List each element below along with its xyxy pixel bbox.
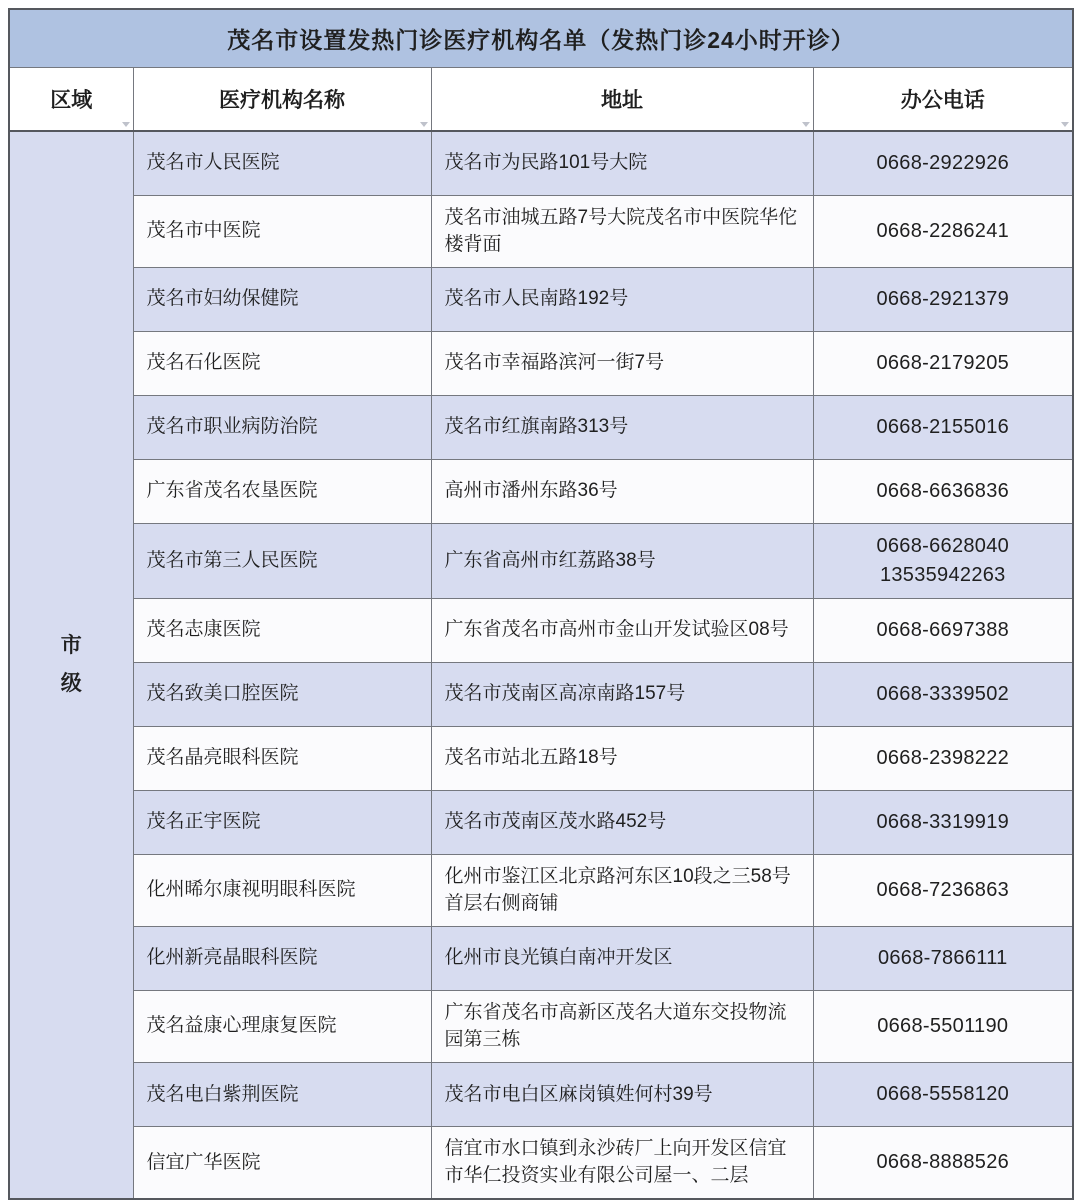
name-cell: 广东省茂名农垦医院 (133, 459, 431, 523)
region-label: 市级 (59, 627, 83, 703)
name-cell: 化州晞尔康视明眼科医院 (133, 854, 431, 926)
column-header-row: 区域 医疗机构名称 地址 办公电话 (9, 67, 1073, 131)
address-cell: 茂名市油城五路7号大院茂名市中医院华佗楼背面 (431, 195, 813, 267)
table-row: 茂名益康心理康复医院广东省茂名市高新区茂名大道东交投物流园第三栋0668-550… (9, 990, 1073, 1062)
table-row: 茂名市第三人民医院广东省高州市红荔路38号0668-6628040 135359… (9, 523, 1073, 598)
address-cell: 广东省高州市红荔路38号 (431, 523, 813, 598)
phone-cell: 0668-2921379 (813, 267, 1073, 331)
name-cell: 化州新亮晶眼科医院 (133, 926, 431, 990)
name-cell: 茂名石化医院 (133, 331, 431, 395)
phone-cell: 0668-6628040 13535942263 (813, 523, 1073, 598)
name-cell: 茂名市中医院 (133, 195, 431, 267)
table-row: 茂名电白紫荆医院茂名市电白区麻岗镇姓何村39号0668-5558120 (9, 1062, 1073, 1126)
phone-cell: 0668-6697388 (813, 598, 1073, 662)
col-header-address: 地址 (431, 67, 813, 131)
table-row: 茂名正宇医院茂名市茂南区茂水路452号0668-3319919 (9, 790, 1073, 854)
name-cell: 茂名市第三人民医院 (133, 523, 431, 598)
phone-cell: 0668-7236863 (813, 854, 1073, 926)
name-cell: 茂名市妇幼保健院 (133, 267, 431, 331)
address-cell: 广东省茂名市高新区茂名大道东交投物流园第三栋 (431, 990, 813, 1062)
address-cell: 广东省茂名市高州市金山开发试验区08号 (431, 598, 813, 662)
name-cell: 茂名市人民医院 (133, 131, 431, 195)
phone-cell: 0668-5558120 (813, 1062, 1073, 1126)
table-title: 茂名市设置发热门诊医疗机构名单（发热门诊24小时开诊） (9, 9, 1073, 67)
address-cell: 茂名市人民南路192号 (431, 267, 813, 331)
filter-mark-icon (1061, 122, 1069, 127)
address-cell: 信宜市水口镇到永沙砖厂上向开发区信宜市华仁投资实业有限公司屋一、二层 (431, 1126, 813, 1199)
table-row: 茂名志康医院广东省茂名市高州市金山开发试验区08号0668-6697388 (9, 598, 1073, 662)
name-cell: 茂名市职业病防治院 (133, 395, 431, 459)
name-cell: 信宜广华医院 (133, 1126, 431, 1199)
table-row: 化州晞尔康视明眼科医院化州市鉴江区北京路河东区10段之三58号首层右侧商铺066… (9, 854, 1073, 926)
name-cell: 茂名正宇医院 (133, 790, 431, 854)
col-header-institution-label: 医疗机构名称 (219, 89, 345, 112)
fever-clinic-table: 茂名市设置发热门诊医疗机构名单（发热门诊24小时开诊） 区域 医疗机构名称 地址… (8, 8, 1074, 1200)
address-cell: 茂名市红旗南路313号 (431, 395, 813, 459)
address-cell: 茂名市茂南区茂水路452号 (431, 790, 813, 854)
col-header-phone-label: 办公电话 (901, 89, 985, 112)
table-row: 茂名市妇幼保健院茂名市人民南路192号0668-2921379 (9, 267, 1073, 331)
fever-clinic-notice-page: 茂名市设置发热门诊医疗机构名单（发热门诊24小时开诊） 区域 医疗机构名称 地址… (8, 8, 1072, 1200)
table-body: 市级茂名市人民医院茂名市为民路101号大院0668-2922926茂名市中医院茂… (9, 131, 1073, 1199)
address-cell: 茂名市为民路101号大院 (431, 131, 813, 195)
col-header-region: 区域 (9, 67, 133, 131)
address-cell: 茂名市茂南区高凉南路157号 (431, 662, 813, 726)
table-row: 广东省茂名农垦医院高州市潘州东路36号0668-6636836 (9, 459, 1073, 523)
address-cell: 高州市潘州东路36号 (431, 459, 813, 523)
address-cell: 化州市良光镇白南冲开发区 (431, 926, 813, 990)
address-cell: 化州市鉴江区北京路河东区10段之三58号首层右侧商铺 (431, 854, 813, 926)
name-cell: 茂名志康医院 (133, 598, 431, 662)
phone-cell: 0668-6636836 (813, 459, 1073, 523)
phone-cell: 0668-3339502 (813, 662, 1073, 726)
name-cell: 茂名晶亮眼科医院 (133, 726, 431, 790)
table-row: 茂名晶亮眼科医院茂名市站北五路18号0668-2398222 (9, 726, 1073, 790)
col-header-institution: 医疗机构名称 (133, 67, 431, 131)
col-header-phone: 办公电话 (813, 67, 1073, 131)
table-row: 市级茂名市人民医院茂名市为民路101号大院0668-2922926 (9, 131, 1073, 195)
name-cell: 茂名益康心理康复医院 (133, 990, 431, 1062)
region-cell: 市级 (9, 131, 133, 1199)
name-cell: 茂名电白紫荆医院 (133, 1062, 431, 1126)
table-row: 茂名致美口腔医院茂名市茂南区高凉南路157号0668-3339502 (9, 662, 1073, 726)
phone-cell: 0668-3319919 (813, 790, 1073, 854)
phone-cell: 0668-2179205 (813, 331, 1073, 395)
phone-cell: 0668-2155016 (813, 395, 1073, 459)
phone-cell: 0668-8888526 (813, 1126, 1073, 1199)
phone-cell: 0668-2398222 (813, 726, 1073, 790)
phone-cell: 0668-5501190 (813, 990, 1073, 1062)
address-cell: 茂名市电白区麻岗镇姓何村39号 (431, 1062, 813, 1126)
name-cell: 茂名致美口腔医院 (133, 662, 431, 726)
col-header-address-label: 地址 (601, 89, 643, 112)
phone-cell: 0668-2286241 (813, 195, 1073, 267)
table-row: 茂名石化医院茂名市幸福路滨河一街7号0668-2179205 (9, 331, 1073, 395)
col-header-region-label: 区域 (50, 89, 92, 112)
table-row: 化州新亮晶眼科医院化州市良光镇白南冲开发区0668-7866111 (9, 926, 1073, 990)
address-cell: 茂名市站北五路18号 (431, 726, 813, 790)
phone-cell: 0668-7866111 (813, 926, 1073, 990)
filter-mark-icon (420, 122, 428, 127)
title-row: 茂名市设置发热门诊医疗机构名单（发热门诊24小时开诊） (9, 9, 1073, 67)
table-row: 茂名市中医院茂名市油城五路7号大院茂名市中医院华佗楼背面0668-2286241 (9, 195, 1073, 267)
address-cell: 茂名市幸福路滨河一街7号 (431, 331, 813, 395)
phone-cell: 0668-2922926 (813, 131, 1073, 195)
table-row: 信宜广华医院信宜市水口镇到永沙砖厂上向开发区信宜市华仁投资实业有限公司屋一、二层… (9, 1126, 1073, 1199)
filter-mark-icon (802, 122, 810, 127)
table-row: 茂名市职业病防治院茂名市红旗南路313号0668-2155016 (9, 395, 1073, 459)
filter-mark-icon (122, 122, 130, 127)
